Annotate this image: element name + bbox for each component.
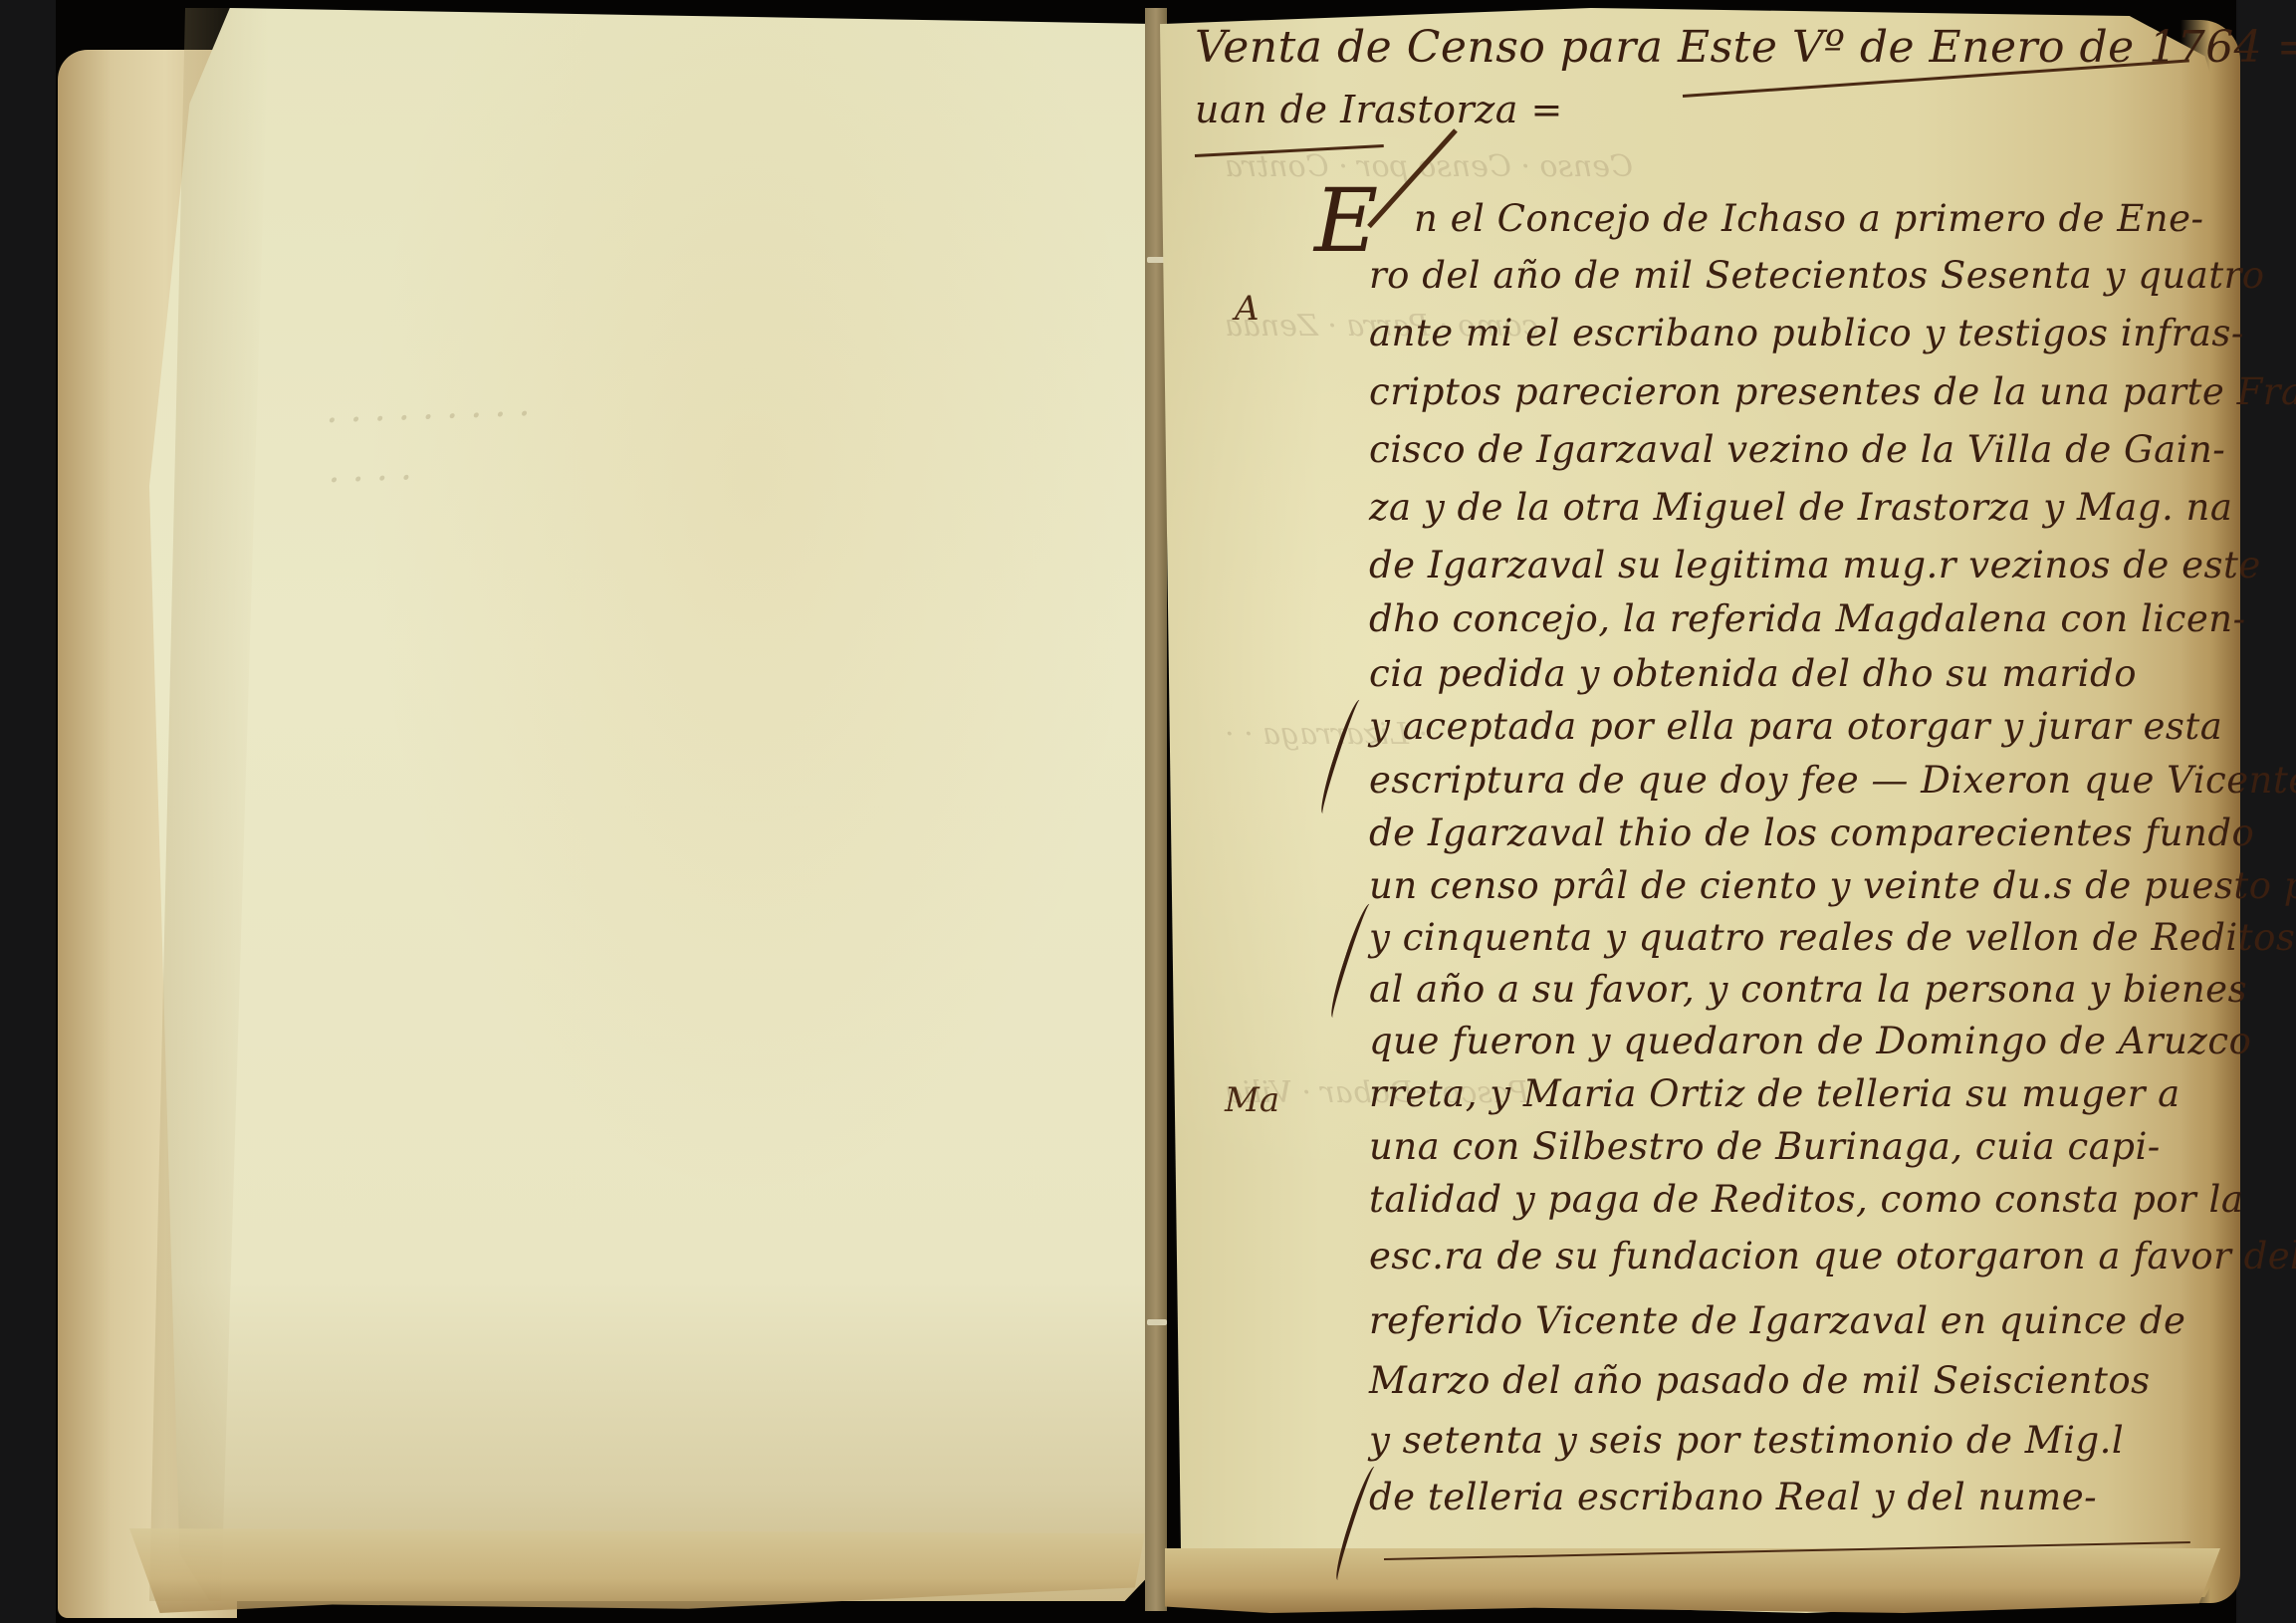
body-line-22: Marzo del año pasado de mil Seiscientos xyxy=(1369,1359,2151,1402)
header-title-line-2: uan de Irastorza = xyxy=(1195,88,1563,131)
body-line-4: criptos parecieron presentes de la una p… xyxy=(1369,370,2296,413)
body-line-17: rreta, y Maria Ortiz de telleria su muge… xyxy=(1369,1072,2181,1115)
body-line-8: dho concejo, la referida Magdalena con l… xyxy=(1369,597,2246,640)
body-line-18: una con Silbestro de Burinaga, cuia capi… xyxy=(1369,1125,2161,1168)
body-line-3: ante mi el escribano publico y testigos … xyxy=(1369,312,2244,354)
body-line-11: escriptura de que doy fee — Dixeron que … xyxy=(1369,759,2296,802)
body-line-9: cia pedida y obtenida del dho su marido xyxy=(1369,652,2137,695)
body-line-15: al año a su favor, y contra la persona y… xyxy=(1369,968,2247,1011)
body-line-2: ro del año de mil Setecientos Sesenta y … xyxy=(1369,254,2265,297)
binding-stitch xyxy=(1147,1319,1167,1325)
left-page-bleed-through: · · · · · · · · · · · · · xyxy=(325,366,1029,609)
margin-note: A xyxy=(1235,289,1260,329)
margin-note: Ma xyxy=(1225,1080,1279,1120)
body-line-24: de telleria escribano Real y del nume- xyxy=(1369,1476,2097,1518)
right-page-bottom-edge xyxy=(1165,1548,2220,1613)
left-page-blank xyxy=(149,8,1155,1601)
body-line-10: y aceptada por ella para otorgar y jurar… xyxy=(1369,705,2222,748)
body-line-12: de Igarzaval thio de los comparecientes … xyxy=(1369,811,2254,854)
body-line-6: za y de la otra Miguel de Irastorza y Ma… xyxy=(1369,486,2232,529)
body-line-19: talidad y paga de Reditos, como consta p… xyxy=(1369,1178,2243,1221)
body-line-23: y setenta y seis por testimonio de Mig.l xyxy=(1369,1419,2124,1462)
body-line-20: esc.ra de su fundacion que otorgaron a f… xyxy=(1369,1235,2296,1277)
body-line-21: referido Vicente de Igarzaval en quince … xyxy=(1369,1299,2185,1342)
body-line-7: de Igarzaval su legitima mug.r vezinos d… xyxy=(1369,544,2261,586)
body-line-14: y cinquenta y quatro reales de vellon de… xyxy=(1369,916,2295,959)
body-line-16: que fueron y quedaron de Domingo de Aruz… xyxy=(1369,1020,2251,1062)
body-line-5: cisco de Igarzaval vezino de la Villa de… xyxy=(1369,428,2225,471)
body-line-13: un censo prâl de ciento y veinte du.s de… xyxy=(1369,864,2296,907)
body-line-1: n el Concejo de Ichaso a primero de Ene- xyxy=(1414,197,2204,240)
